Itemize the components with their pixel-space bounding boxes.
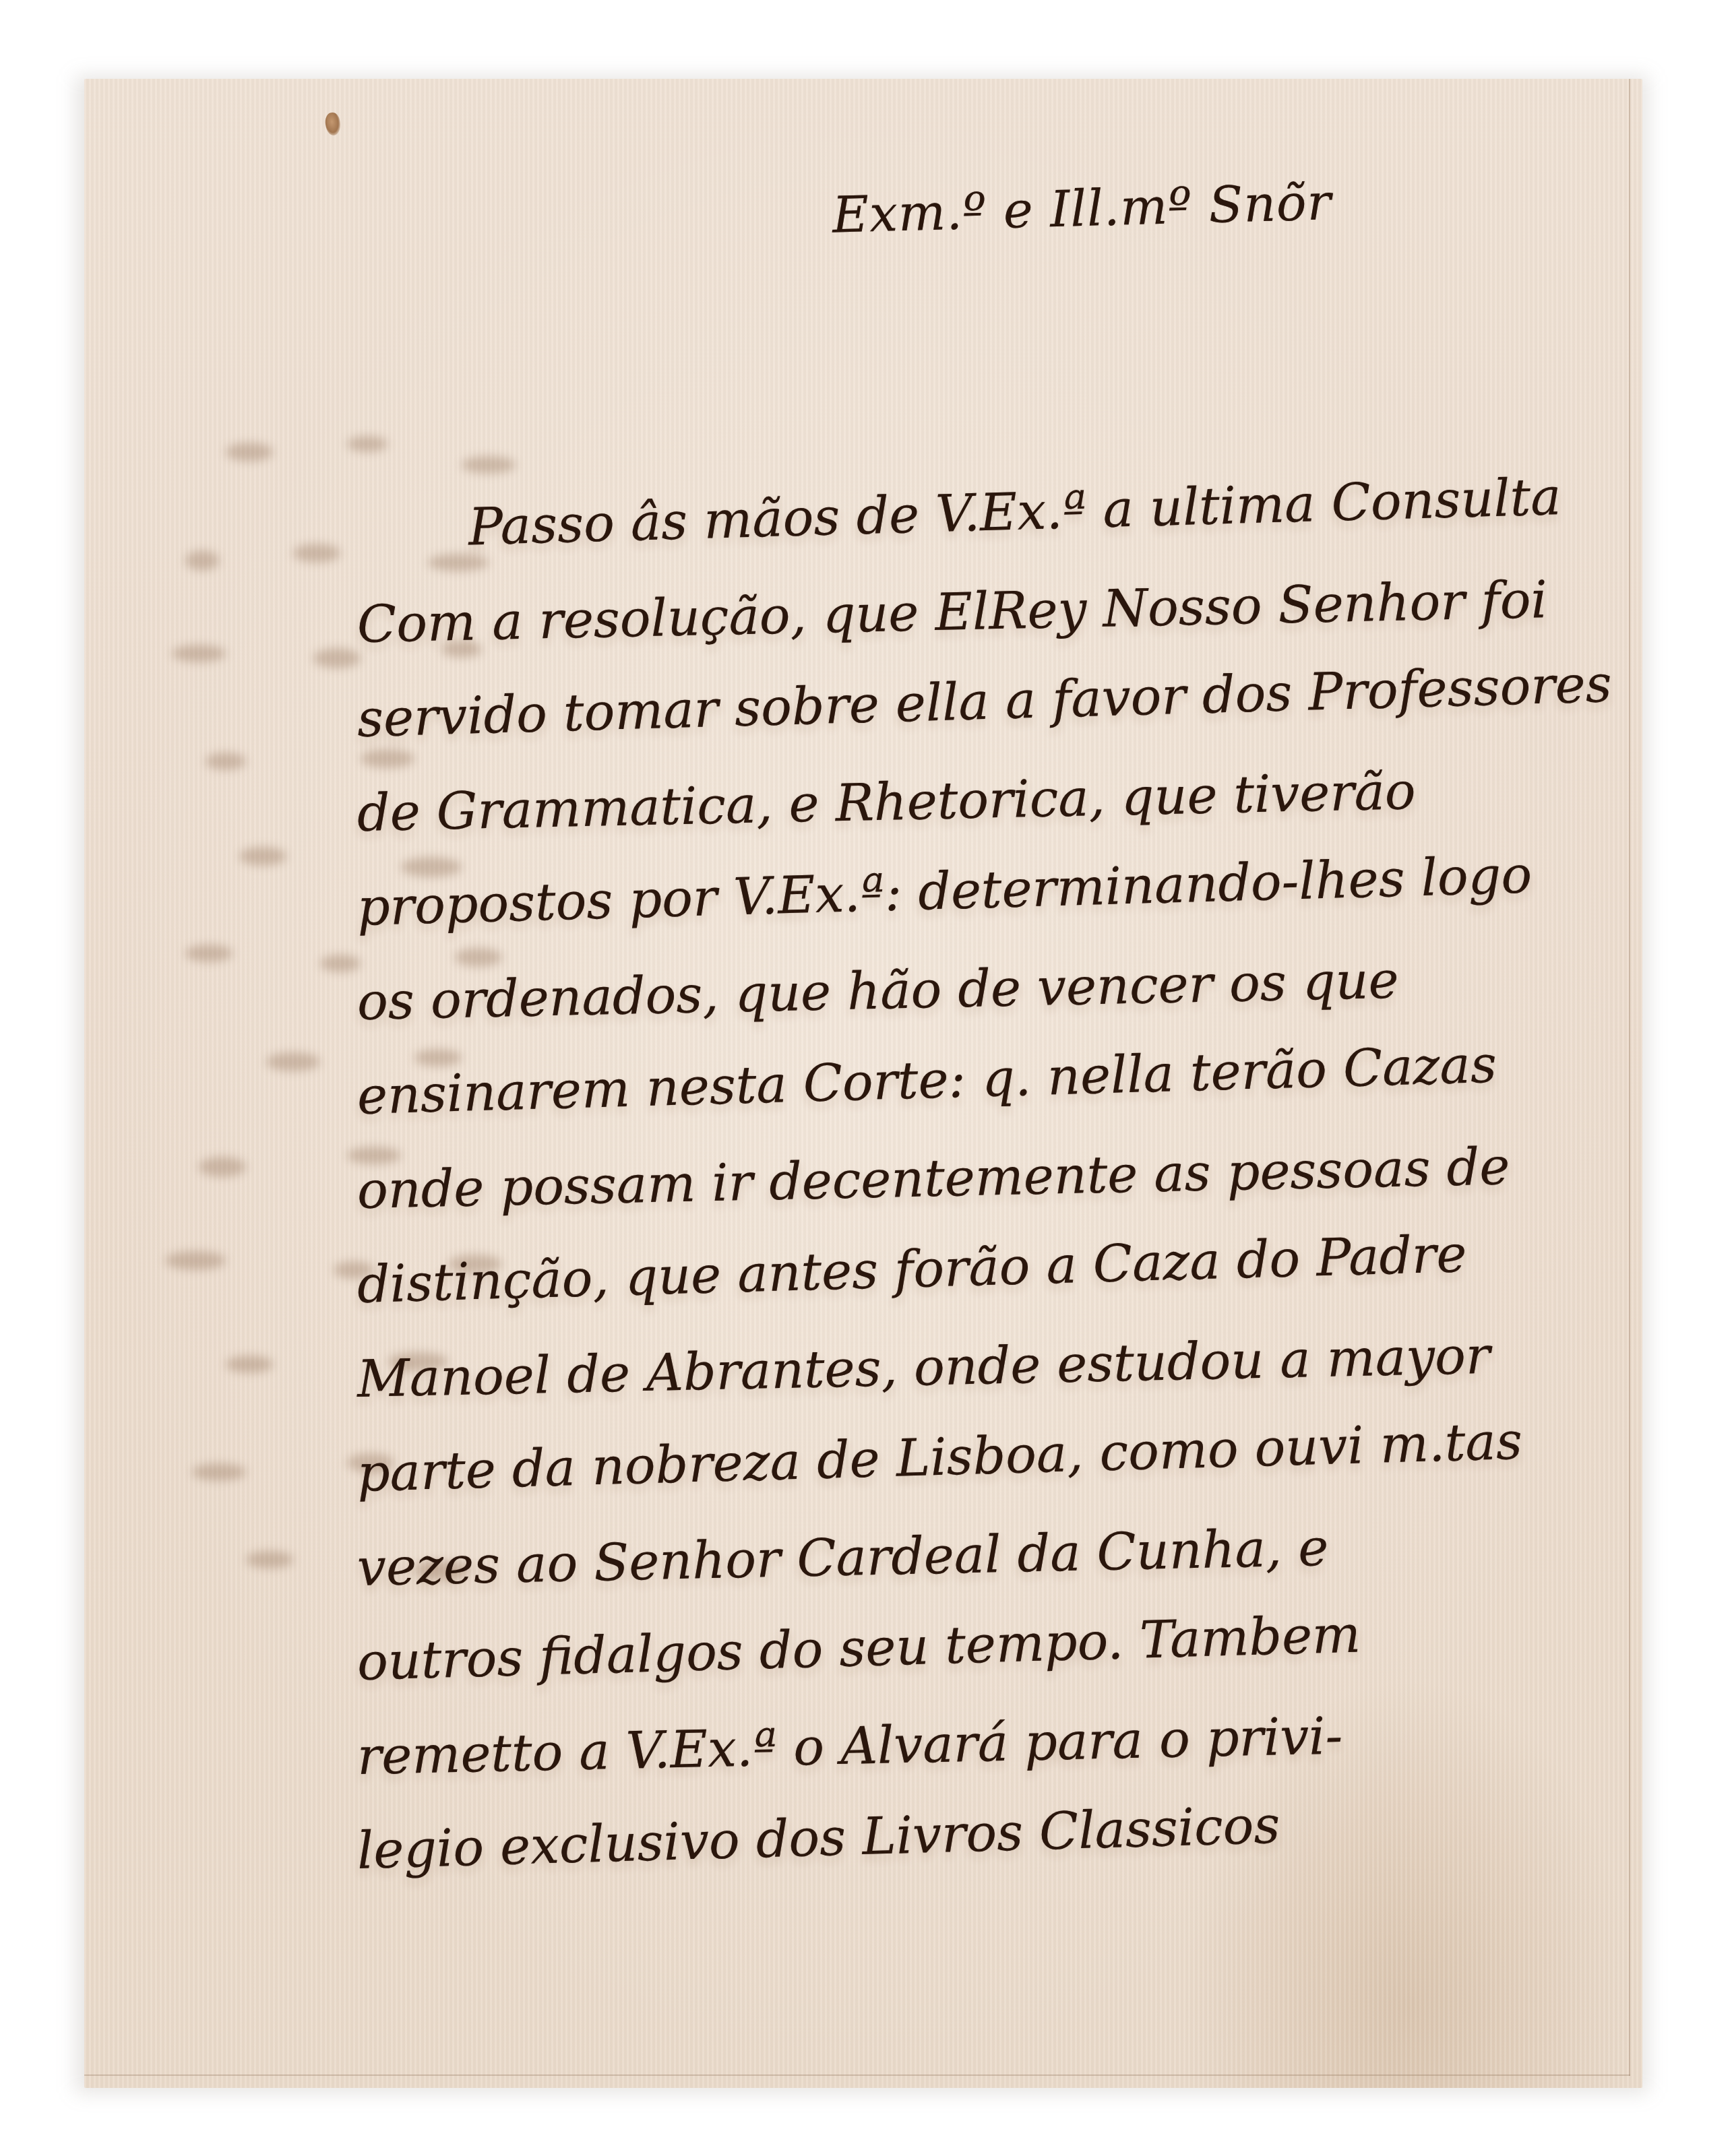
manuscript-sheet: Exm.º e Ill.mº Snõr Passo âs mãos de V.E… xyxy=(84,79,1642,2088)
letter-body: Passo âs mãos de V.Ex.ª a ultima Consult… xyxy=(357,483,1642,1898)
salutation: Exm.º e Ill.mº Snõr xyxy=(832,173,1332,244)
letter-content: Exm.º e Ill.mº Snõr Passo âs mãos de V.E… xyxy=(84,79,1642,2088)
